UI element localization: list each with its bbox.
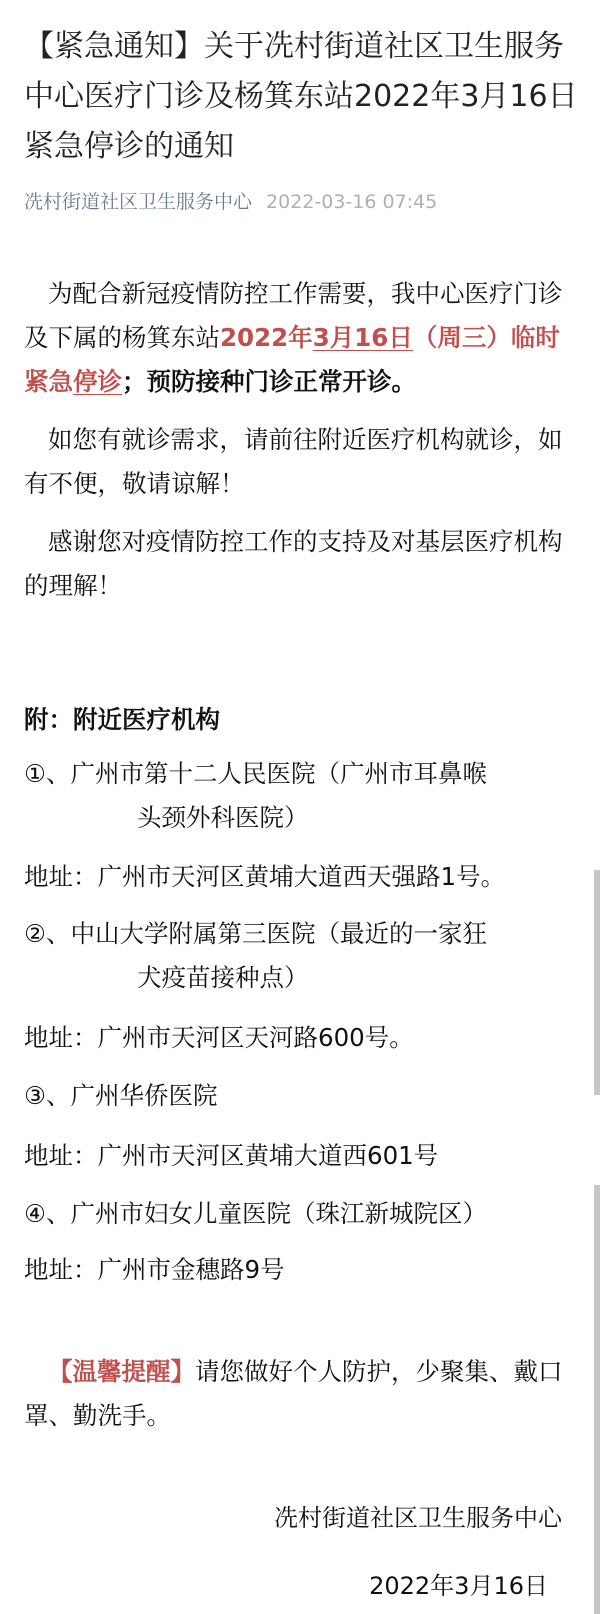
paragraph-notice: 为配合新冠疫情防控工作需要，我中心医疗门诊及下属的杨箕东站2022年3月16日（… <box>24 272 572 404</box>
paragraph-thanks: 感谢您对疫情防控工作的支持及对基层医疗机构的理解！ <box>24 520 572 608</box>
article-meta: 冼村街道社区卫生服务中心2022-03-16 07:45 <box>24 188 437 216</box>
closure-stop: 停诊 <box>73 367 122 396</box>
appendix-title: 附：附近医疗机构 <box>24 700 220 740</box>
signature-date: 2022年3月16日 <box>369 1568 548 1604</box>
institution-item-4: ④、广州市妇女儿童医院（珠江新城院区） <box>24 1192 574 1236</box>
reminder-tag: 【温馨提醒】 <box>48 1357 195 1386</box>
institution-address-1: 地址：广州市天河区黄埔大道西天强路1号。 <box>24 855 574 899</box>
institution-item-3: ③、广州华侨医院 <box>24 1074 574 1118</box>
publish-time: 2022-03-16 07:45 <box>266 191 437 213</box>
institution-name-cont: 犬疫苗接种点） <box>24 956 574 1000</box>
scrollbar-thumb-upper[interactable] <box>594 870 600 1095</box>
warm-reminder: 【温馨提醒】请您做好个人防护，少聚集、戴口罩、勤洗手。 <box>24 1350 574 1438</box>
article-title: 【紧急通知】关于冼村街道社区卫生服务中心医疗门诊及杨箕东站2022年3月16日紧… <box>24 22 584 172</box>
closure-date: 3月16日 <box>313 323 413 352</box>
vaccination-open-note: ；预防接种门诊正常开诊。 <box>122 367 416 396</box>
institution-name: ①、广州市第十二人民医院（广州市耳鼻喉 <box>24 759 487 788</box>
article-body: 为配合新冠疫情防控工作需要，我中心医疗门诊及下属的杨箕东站2022年3月16日（… <box>24 272 572 622</box>
institution-address-4: 地址：广州市金穗路9号 <box>24 1248 574 1292</box>
institution-name-cont: 头颈外科医院） <box>24 796 574 840</box>
institution-item-1: ①、广州市第十二人民医院（广州市耳鼻喉 头颈外科医院） <box>24 752 574 840</box>
scrollbar-thumb-lower[interactable] <box>594 1185 600 1614</box>
article-page: 【紧急通知】关于冼村街道社区卫生服务中心医疗门诊及杨箕东站2022年3月16日紧… <box>0 0 600 1614</box>
institution-address-2: 地址：广州市天河区天河路600号。 <box>24 1016 574 1060</box>
author-link[interactable]: 冼村街道社区卫生服务中心 <box>24 191 252 213</box>
institution-item-2: ②、中山大学附属第三医院（最近的一家狂 犬疫苗接种点） <box>24 912 574 1000</box>
institution-address-3: 地址：广州市天河区黄埔大道西601号 <box>24 1134 574 1178</box>
closure-year: 2022年 <box>220 323 313 352</box>
signature-org: 冼村街道社区卫生服务中心 <box>274 1500 562 1536</box>
institution-name: ②、中山大学附属第三医院（最近的一家狂 <box>24 919 487 948</box>
paragraph-alternative: 如您有就诊需求，请前往附近医疗机构就诊，如有不便，敬请谅解！ <box>24 418 572 506</box>
